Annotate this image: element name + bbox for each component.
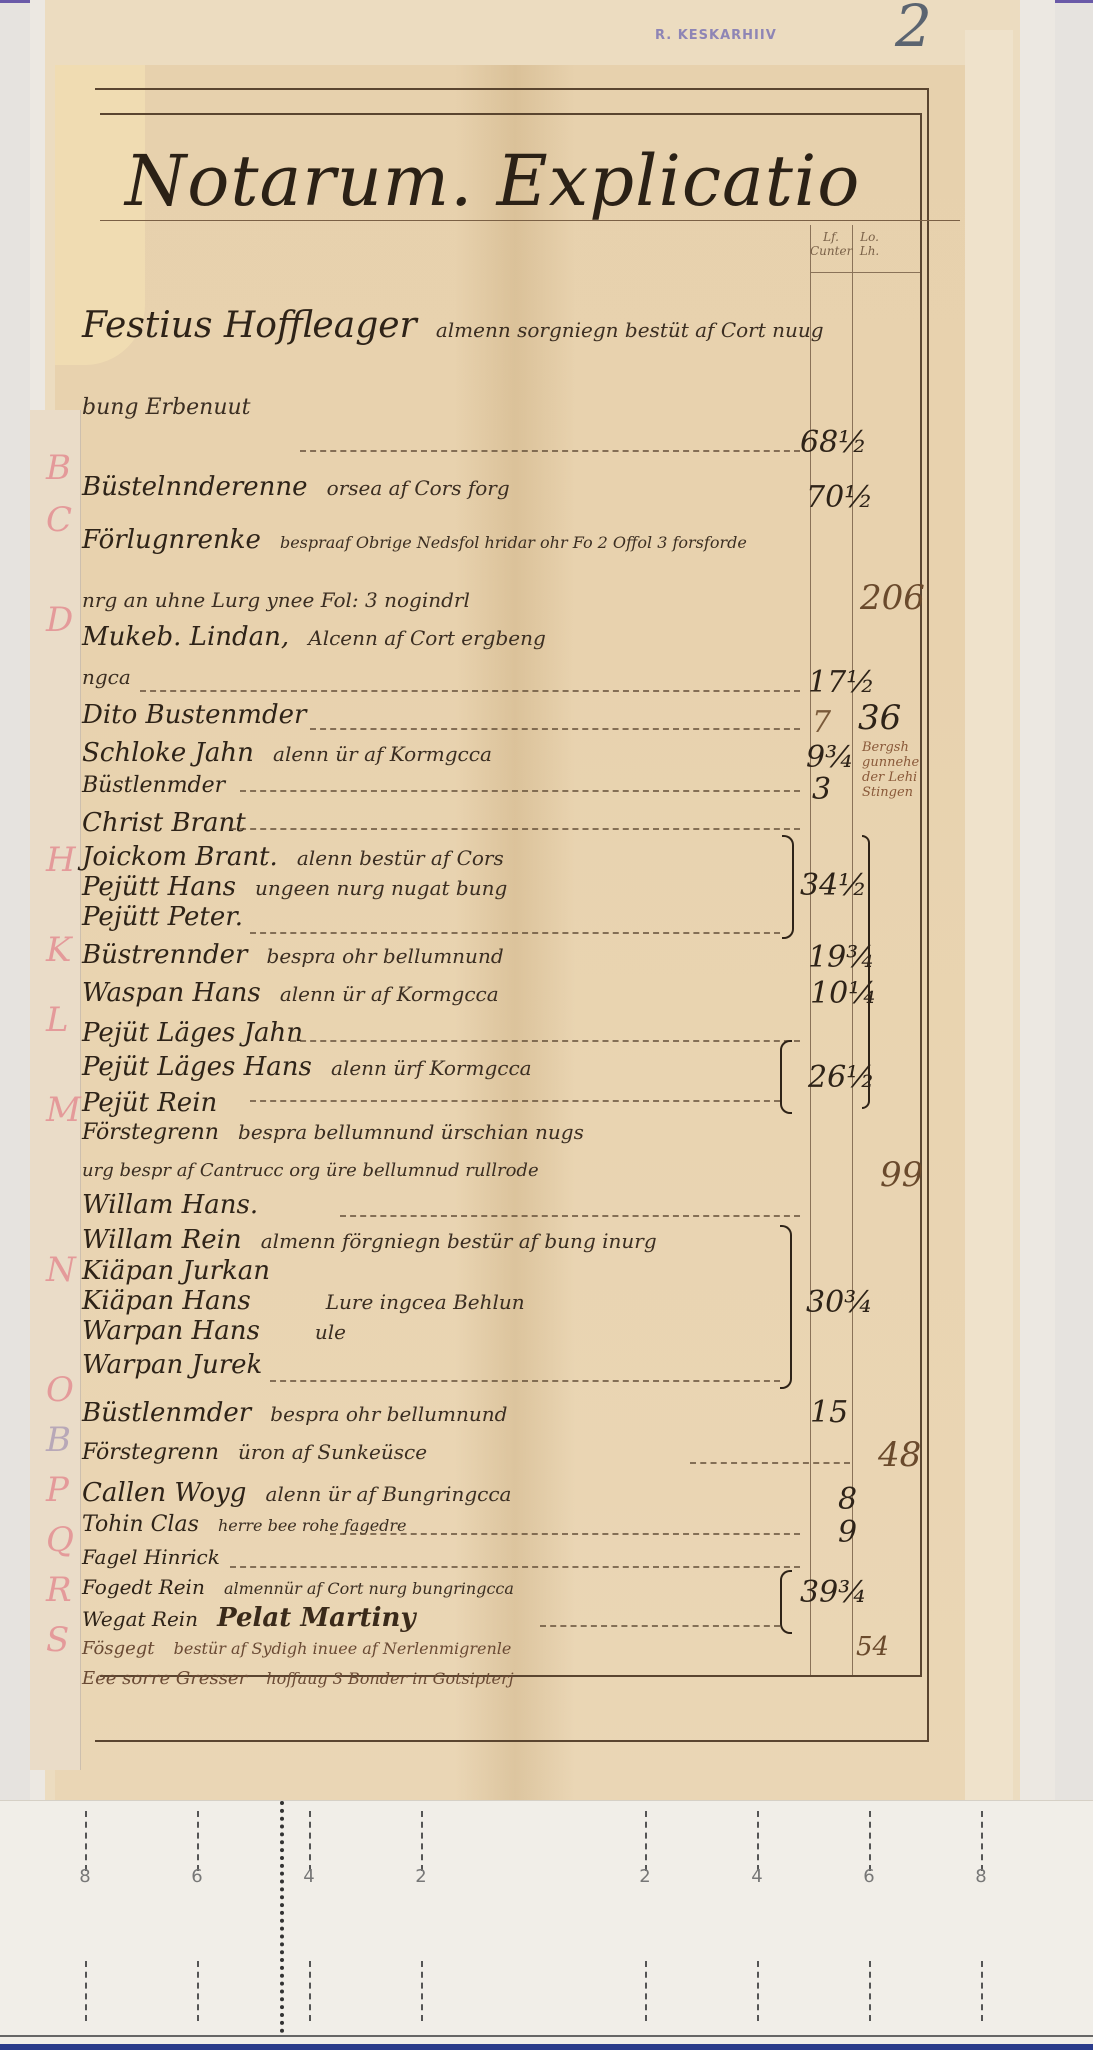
leader-dots — [300, 450, 800, 452]
ledger-entry: Eee sorre Gresser hoffaug 3 Bonder in Go… — [82, 1668, 514, 1689]
entry-name: Büstrennder — [82, 940, 247, 970]
ruler-tick — [85, 1961, 87, 2021]
ledger-entry: Mukeb. Lindan, Alcenn af Cort ergbeng — [82, 622, 546, 652]
margin-letter: B — [46, 448, 71, 488]
ledger-entry: Warpan Jurek — [82, 1350, 262, 1380]
ledger-entry: Christ Brant — [82, 808, 246, 838]
entry-name: Callen Woyg — [82, 1478, 246, 1508]
column-head-left: Lf. Cunter — [810, 230, 852, 258]
leader-dots — [240, 790, 800, 792]
ruler-tick — [981, 1961, 983, 2021]
ledger-entry-line2: bung Erbenuut — [82, 395, 251, 420]
ledger-entry-line2: nrg an uhne Lurg ynee Fol: 3 nogindrl — [82, 588, 470, 612]
ruler-tick — [421, 1961, 423, 2021]
entry-name: Eee sorre Gresser — [82, 1668, 247, 1689]
entry-amount: 68½ — [800, 425, 867, 460]
entry-desc: almenn förgniegn bestür af bung inurg — [261, 1229, 657, 1253]
ledger-entry: Kiäpan Jurkan — [82, 1256, 270, 1286]
ledger-entry: Schloke Jahn alenn ür af Kormgcca — [82, 738, 492, 768]
entry-desc: hoffaug 3 Bonder in Gotsipterj — [266, 1669, 513, 1688]
entry-amount: 8 — [838, 1482, 857, 1517]
group-brace — [782, 835, 794, 939]
ruler-label: 8 — [975, 1866, 986, 1887]
ledger-entry: Festius Hoffleager almenn sorgniegn best… — [82, 305, 824, 346]
ruler-label: 4 — [751, 1866, 762, 1887]
group-brace — [780, 1225, 792, 1389]
entry-name: Förlugnrenke — [82, 525, 261, 555]
ruler-tick — [309, 1811, 311, 1871]
entry-desc: ungeen nurg nugat bung — [255, 876, 507, 900]
leader-dots — [270, 1380, 780, 1382]
entry-desc: alenn bestür af Cors — [297, 846, 504, 870]
ruler-tick — [421, 1811, 423, 1871]
ledger-entry: Förstegrenn bespra bellumnund ürschian n… — [82, 1120, 584, 1145]
leader-dots — [540, 1625, 780, 1627]
entry-total: 206 — [860, 578, 925, 618]
entry-desc: orsea af Cors forg — [327, 476, 510, 500]
entry-desc: üron af Sunkeüsce — [238, 1440, 427, 1464]
leader-dots — [330, 1533, 800, 1535]
group-brace — [780, 1570, 792, 1634]
entry-name: Pejüt Läges Jahn — [82, 1018, 303, 1048]
entry-name: Pejütt Peter. — [82, 902, 243, 932]
side-note: Bergsh gunnehe der Lehi Stingen — [862, 740, 932, 800]
entry-name: Waspan Hans — [82, 978, 261, 1008]
ledger-entry-line2: urg bespr af Cantrucc org üre bellumnud … — [82, 1160, 539, 1181]
leader-dots — [340, 1215, 800, 1217]
entry-amount: 3 — [812, 772, 831, 807]
column-head-rule — [810, 272, 920, 273]
margin-letter: M — [46, 1090, 81, 1130]
margin-letter: O — [46, 1370, 74, 1410]
ruler-center-line — [280, 1801, 284, 2033]
entry-desc: almenn sorgniegn bestüt af Cort nuug — [436, 318, 824, 342]
leader-dots — [230, 828, 800, 830]
leader-dots — [250, 932, 780, 934]
entry-name: Christ Brant — [82, 808, 246, 838]
entry-total: 54 — [856, 1632, 889, 1662]
entry-name: Willam Hans. — [82, 1190, 258, 1220]
archive-stamp: R. KESKARHIIV — [655, 28, 777, 43]
entry-name: Büstlenmder — [82, 1398, 251, 1428]
ruler-label: 6 — [191, 1866, 202, 1887]
leader-dots — [230, 1566, 800, 1568]
page-title: Notarum. Explicatio — [125, 140, 860, 222]
ruler-tick — [85, 1811, 87, 1871]
entry-desc-cont: ngca — [82, 665, 131, 689]
entry-desc: bestür af Sydigh inuee af Nerlenmigrenle — [174, 1639, 512, 1658]
margin-letter: C — [46, 500, 72, 540]
ruler-tick — [869, 1811, 871, 1871]
folio-number: 2 — [895, 0, 932, 60]
margin-letter: R — [46, 1570, 72, 1610]
entry-name: Dito Bustenmder — [82, 700, 306, 730]
entry-desc: alenn ür af Bungringcca — [265, 1482, 511, 1506]
entry-desc: alenn ür af Kormgcca — [280, 982, 499, 1006]
ledger-entry: Waspan Hans alenn ür af Kormgcca — [82, 978, 499, 1008]
ruler-tick — [309, 1961, 311, 2021]
entry-name: Pejütt Hans — [82, 872, 236, 902]
entry-desc: bespraaf Obrige Nedsfol hridar ohr Fo 2 … — [280, 533, 747, 552]
ruler-label: 2 — [639, 1866, 650, 1887]
ruler-label: 8 — [79, 1866, 90, 1887]
entry-desc: bespra ohr bellumnund — [270, 1402, 507, 1426]
ledger-entry: Pejütt Hans ungeen nurg nugat bung — [82, 872, 507, 902]
margin-letter: Q — [46, 1520, 74, 1560]
ledger-entry: Pejüt Rein — [82, 1088, 217, 1118]
entry-desc: Lure ingcea Behlun — [326, 1290, 525, 1314]
ruler-label: 2 — [415, 1866, 426, 1887]
entry-name: Warpan Hans — [82, 1316, 260, 1346]
entry-amount: 9¾ — [806, 740, 854, 775]
entry-desc-cont: urg bespr af Cantrucc org üre bellumnud … — [82, 1160, 539, 1181]
margin-letter: H — [46, 840, 76, 880]
ruler-label: 4 — [303, 1866, 314, 1887]
mount-right-strip — [965, 30, 1013, 1800]
leader-dots — [140, 690, 800, 692]
entry-amount: 17½ — [808, 665, 875, 700]
entry-amount: 7 — [812, 705, 831, 740]
ledger-entry: Förlugnrenke bespraaf Obrige Nedsfol hri… — [82, 525, 747, 555]
entry-desc: bespra bellumnund ürschian nugs — [238, 1120, 584, 1144]
entry-name: Pejüt Läges Hans — [82, 1052, 312, 1082]
ledger-entry-line2: ngca — [82, 665, 131, 689]
ruler-tick — [757, 1961, 759, 2021]
ledger-entry: Willam Rein almenn förgniegn bestür af b… — [82, 1225, 657, 1255]
group-brace — [780, 1040, 792, 1114]
ruler-tick — [197, 1961, 199, 2021]
ruler-tick — [869, 1961, 871, 2021]
entry-name: Willam Rein — [82, 1225, 242, 1255]
entry-name: Büstelnnderenne — [82, 472, 308, 502]
margin-letter: P — [46, 1470, 69, 1510]
entry-amount: 34½ — [800, 868, 867, 903]
ledger-entry: Büstelnnderenne orsea af Cors forg — [82, 472, 510, 502]
ledger-entry: Förstegrenn üron af Sunkeüsce — [82, 1440, 427, 1465]
entry-name: Festius Hoffleager — [82, 305, 417, 346]
ruler-tick — [645, 1811, 647, 1871]
entry-desc: bespra ohr bellumnund — [267, 944, 504, 968]
entry-amount: 15 — [810, 1395, 848, 1430]
leader-dots — [310, 728, 800, 730]
ledger-entry: Willam Hans. — [82, 1190, 258, 1220]
entry-desc: almennür af Cort nurg bungringcca — [224, 1579, 514, 1598]
entry-name: Fogedt Rein — [82, 1575, 205, 1599]
margin-letter: S — [46, 1620, 69, 1660]
entry-name: Büstlenmder — [82, 773, 225, 798]
entry-name: Förstegrenn — [82, 1120, 219, 1145]
ruler-tick — [197, 1811, 199, 1871]
group-total: 36 — [858, 698, 901, 738]
entry-name: Joickom Brant. — [82, 842, 278, 872]
column-head-right: Lo. Lh. — [852, 230, 887, 258]
entry-name: Schloke Jahn — [82, 738, 254, 768]
entry-desc: ule — [315, 1320, 346, 1344]
entry-amount: 39¾ — [800, 1575, 867, 1610]
ledger-entry: Wegat Rein Pelat Martiny — [82, 1603, 416, 1633]
ledger-entry: Dito Bustenmder — [82, 700, 306, 730]
entry-name: Fösgegt — [82, 1638, 155, 1659]
window-bottom-border — [0, 2044, 1093, 2050]
ledger-entry: Pejüt Läges Jahn — [82, 1018, 303, 1048]
entry-amount: 9 — [838, 1515, 857, 1550]
ledger-entry: Pejüt Läges Hans alenn ürf Kormgcca — [82, 1052, 532, 1082]
leader-dots — [250, 1100, 780, 1102]
ledger-entry: Pejütt Peter. — [82, 902, 243, 932]
entry-desc: Alcenn af Cort ergbeng — [308, 626, 546, 650]
ruler-bottom-edge — [0, 2035, 1093, 2037]
entry-name: Förstegrenn — [82, 1440, 219, 1465]
entry-name: Tohin Clas — [82, 1512, 199, 1537]
ruler-tick — [981, 1811, 983, 1871]
entry-name: Wegat Rein — [82, 1607, 198, 1631]
ledger-entry: Fogedt Rein almennür af Cort nurg bungri… — [82, 1575, 514, 1599]
entry-total: 48 — [878, 1435, 921, 1475]
ledger-entry: Warpan Hans ule — [82, 1316, 346, 1346]
entry-amount: 70½ — [806, 480, 873, 515]
ledger-entry: Kiäpan Hans Lure ingcea Behlun — [82, 1286, 525, 1316]
measurement-ruler: 8 6 4 2 2 4 6 8 — [0, 1800, 1093, 2045]
entry-desc: alenn ür af Kormgcca — [273, 742, 492, 766]
entry-name: Kiäpan Hans — [82, 1286, 251, 1316]
entry-name: Mukeb. Lindan, — [82, 622, 289, 652]
ruler-label: 6 — [863, 1866, 874, 1887]
leader-dots — [290, 1040, 800, 1042]
margin-letter: D — [46, 600, 73, 640]
entry-name: Kiäpan Jurkan — [82, 1256, 270, 1286]
margin-letter: B — [46, 1420, 71, 1460]
entry-amount: 26½ — [808, 1060, 875, 1095]
entry-name: Warpan Jurek — [82, 1350, 262, 1380]
ledger-entry: Callen Woyg alenn ür af Bungringcca — [82, 1478, 511, 1508]
entry-desc: Pelat Martiny — [217, 1603, 415, 1633]
margin-letter: K — [46, 930, 71, 970]
entry-desc-cont: nrg an uhne Lurg ynee Fol: 3 nogindrl — [82, 588, 470, 612]
entry-name: Fagel Hinrick — [82, 1545, 220, 1569]
entry-total: 99 — [880, 1155, 923, 1195]
margin-letter: N — [46, 1250, 76, 1290]
entry-desc-cont: bung Erbenuut — [82, 395, 251, 420]
ruler-tick — [757, 1811, 759, 1871]
entry-name: Pejüt Rein — [82, 1088, 217, 1118]
entry-desc: alenn ürf Kormgcca — [331, 1056, 532, 1080]
ledger-entry: Büstrennder bespra ohr bellumnund — [82, 940, 504, 970]
ledger-entry: Büstlenmder bespra ohr bellumnund — [82, 1398, 507, 1428]
margin-letter: L — [46, 1000, 69, 1040]
ledger-entry: Fagel Hinrick — [82, 1545, 220, 1569]
ledger-entry: Büstlenmder — [82, 773, 225, 798]
leader-dots — [690, 1462, 850, 1464]
ledger-entry: Joickom Brant. alenn bestür af Cors — [82, 842, 504, 872]
ledger-entry: Fösgegt bestür af Sydigh inuee af Nerlen… — [82, 1638, 511, 1659]
ruler-tick — [645, 1961, 647, 2021]
entry-amount: 30¾ — [806, 1285, 873, 1320]
